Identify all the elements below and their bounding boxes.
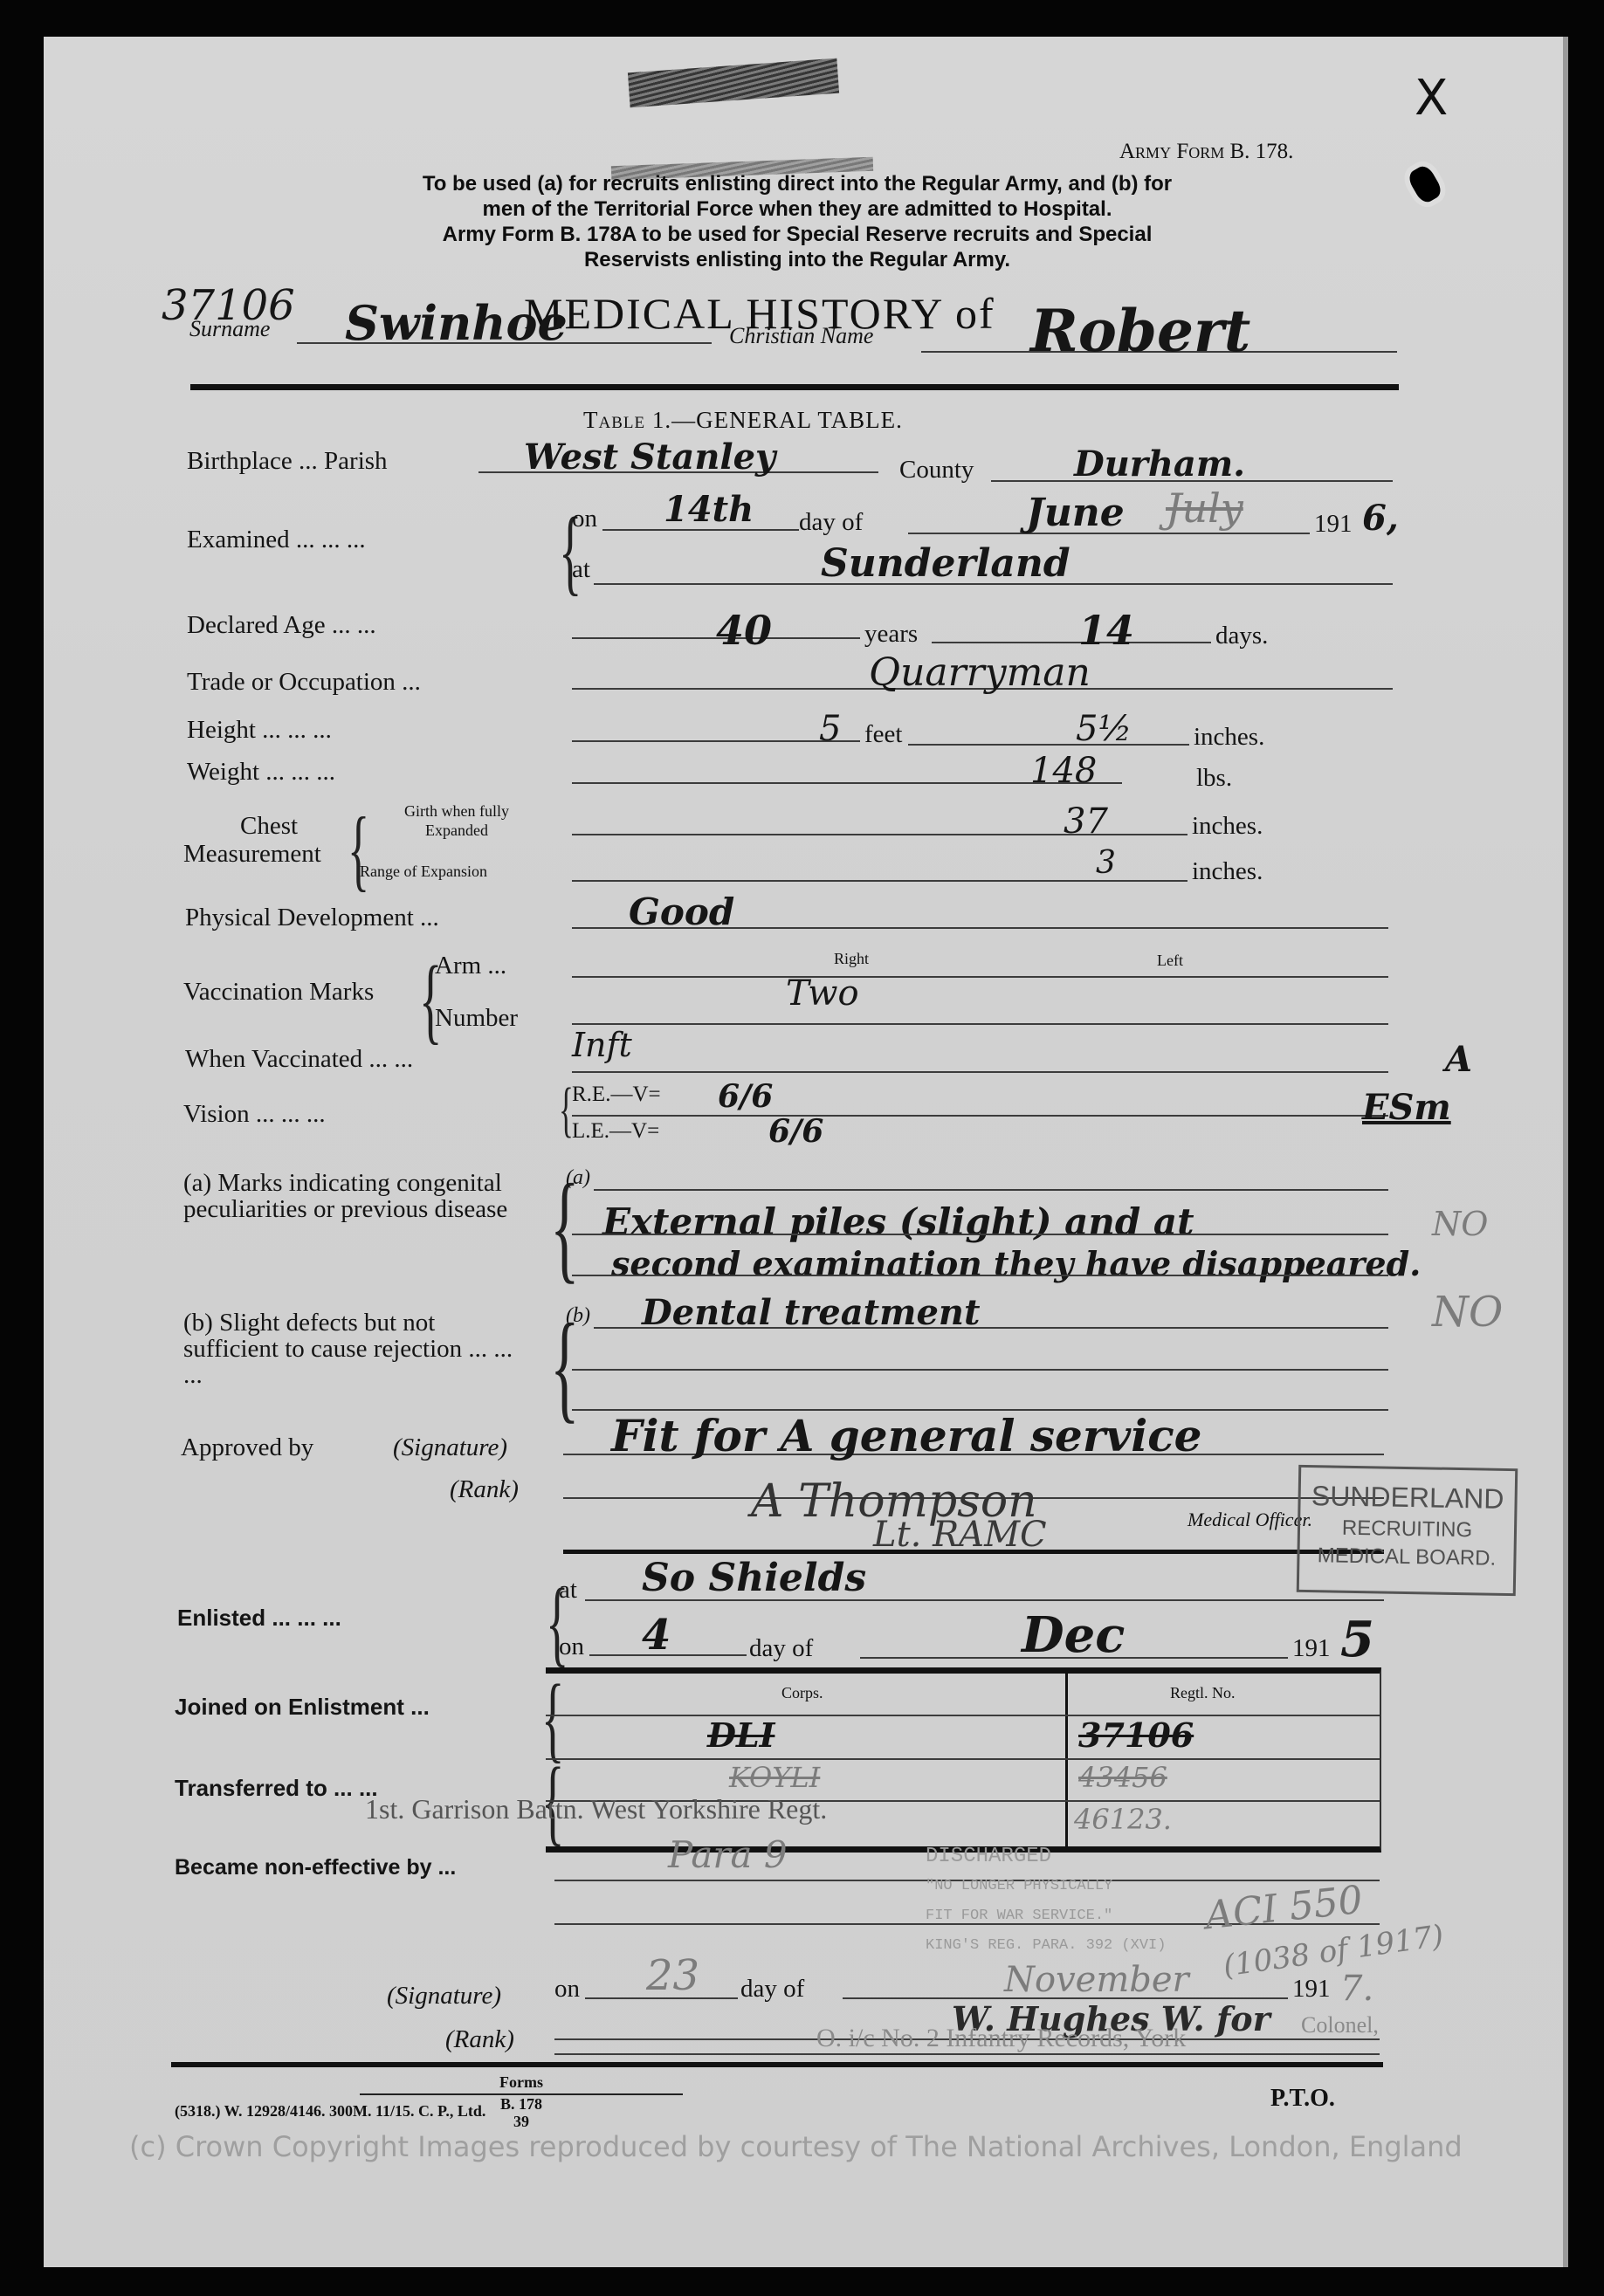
enlisted-day[interactable]: 4 bbox=[642, 1611, 671, 1660]
usage-notice: To be used (a) for recruits enlisting di… bbox=[190, 171, 1404, 272]
stamp-line: DISCHARGED bbox=[926, 1842, 1166, 1872]
stamp-line: SUNDERLAND bbox=[1300, 1480, 1515, 1516]
examined-day[interactable]: 14th bbox=[664, 489, 754, 530]
birthplace-label: Birthplace ... Parish bbox=[187, 447, 388, 476]
day-of-label: day of bbox=[799, 508, 863, 537]
weight-unit: lbs. bbox=[1196, 764, 1232, 793]
medical-officer-label: Medical Officer. bbox=[1188, 1509, 1312, 1531]
when-vaccinated-value[interactable]: Inft bbox=[572, 1026, 632, 1064]
christian-name-value[interactable]: Robert bbox=[1030, 297, 1250, 365]
marks-label: (a) Marks indicating congenital peculiar… bbox=[183, 1170, 533, 1222]
enlisted-place[interactable]: So Shields bbox=[642, 1556, 866, 1600]
copyright-watermark: (c) Crown Copyright Images reproduced by… bbox=[129, 2130, 1463, 2163]
stamp-line: MEDICAL BOARD. bbox=[1299, 1543, 1513, 1571]
le-label: L.E.—V= bbox=[572, 1119, 659, 1144]
weight-value[interactable]: 148 bbox=[1030, 751, 1097, 791]
range-unit: inches. bbox=[1192, 857, 1263, 886]
notice-line: To be used (a) for recruits enlisting di… bbox=[190, 171, 1404, 196]
non-effective-year-prefix: 191 bbox=[1292, 1975, 1331, 2004]
stamp-line: KING'S REG. PARA. 392 (XVI) bbox=[926, 1931, 1166, 1961]
defects-label: (b) Slight defects but not sufficient to… bbox=[183, 1310, 533, 1388]
height-label: Height ... ... ... bbox=[187, 716, 332, 745]
brace: { bbox=[348, 796, 369, 902]
col-corps-header: Corps. bbox=[781, 1684, 823, 1702]
declared-age-label: Declared Age ... ... bbox=[187, 611, 376, 640]
joined-label: Joined on Enlistment ... bbox=[175, 1694, 430, 1721]
col-regtl-header: Regtl. No. bbox=[1170, 1684, 1236, 1702]
enlisted-on-label: on bbox=[559, 1633, 584, 1661]
left-label: Left bbox=[1157, 952, 1183, 970]
range-label: Range of Expansion bbox=[360, 863, 487, 881]
chest-measurement-label: Measurement bbox=[183, 840, 321, 869]
colonel-stamp: Colonel, bbox=[1301, 2012, 1379, 2038]
examined-at-label: at bbox=[572, 555, 590, 584]
occupation-value[interactable]: Quarryman bbox=[869, 650, 1091, 695]
enlisted-month[interactable]: Dec bbox=[1022, 1606, 1125, 1664]
approval-rank-label: (Rank) bbox=[450, 1475, 519, 1504]
examined-month[interactable]: June bbox=[1026, 491, 1125, 535]
vision-annotation: A bbox=[1445, 1039, 1472, 1080]
arm-label: Arm ... bbox=[435, 952, 506, 980]
discharged-stamp: DISCHARGED "NO LONGER PHYSICALLY FIT FOR… bbox=[926, 1842, 1166, 1961]
notice-line: Army Form B. 178A to be used for Special… bbox=[190, 222, 1404, 247]
right-label: Right bbox=[834, 950, 869, 968]
non-effective-day[interactable]: 23 bbox=[646, 1951, 699, 2000]
defects-prefix: (b) bbox=[566, 1304, 590, 1328]
recruiting-board-stamp: SUNDERLAND RECRUITING MEDICAL BOARD. bbox=[1297, 1465, 1518, 1596]
approval-signature-text[interactable]: Fit for A general service bbox=[611, 1410, 1202, 1461]
age-years[interactable]: 40 bbox=[716, 607, 772, 654]
current-regtl-no[interactable]: 46123. bbox=[1074, 1803, 1172, 1836]
vaccination-label: Vaccination Marks bbox=[183, 978, 374, 1007]
marks-prefix: (a) bbox=[566, 1166, 590, 1190]
vaccination-number[interactable]: Two bbox=[786, 973, 859, 1014]
joined-regtl-no[interactable]: 37106 bbox=[1078, 1715, 1194, 1755]
non-effective-day-of-label: day of bbox=[740, 1975, 804, 2004]
approval-signature-label: (Signature) bbox=[393, 1433, 507, 1462]
forms-label: Forms bbox=[360, 2073, 683, 2092]
forms-number: B. 178 bbox=[360, 2093, 683, 2114]
corner-mark: X bbox=[1415, 70, 1448, 127]
county-value[interactable]: Durham. bbox=[1074, 443, 1245, 485]
years-label: years bbox=[864, 620, 918, 649]
stamp-line: FIT FOR WAR SERVICE." bbox=[926, 1901, 1166, 1931]
age-days[interactable]: 14 bbox=[1078, 607, 1134, 654]
transferred-corps[interactable]: KOYLI bbox=[729, 1761, 820, 1794]
non-effective-month[interactable]: November bbox=[1004, 1960, 1189, 2000]
stamp-line: "NO LONGER PHYSICALLY bbox=[926, 1872, 1166, 1901]
non-effective-value[interactable]: Para 9 bbox=[668, 1833, 788, 1876]
girth-value[interactable]: 37 bbox=[1064, 801, 1108, 842]
physical-development-label: Physical Development ... bbox=[185, 904, 439, 932]
chest-label: Chest bbox=[240, 812, 298, 841]
form-number: Army Form B. 178. bbox=[1119, 140, 1293, 164]
footer-divider bbox=[171, 2062, 1383, 2067]
re-label: R.E.—V= bbox=[572, 1083, 661, 1107]
non-effective-signature-label: (Signature) bbox=[387, 1982, 501, 2011]
non-effective-year[interactable]: 7. bbox=[1340, 1969, 1373, 2009]
vision-label: Vision ... ... ... bbox=[183, 1100, 326, 1129]
defects-margin-note: NO bbox=[1432, 1288, 1503, 1337]
surname-label: Surname bbox=[189, 316, 270, 342]
stamp-line: RECRUITING bbox=[1300, 1516, 1514, 1543]
non-effective-label: Became non-effective by ... bbox=[175, 1855, 456, 1880]
girth-unit: inches. bbox=[1192, 812, 1263, 841]
header-divider bbox=[190, 384, 1399, 390]
when-vaccinated-label: When Vaccinated ... ... bbox=[185, 1045, 413, 1074]
joined-corps[interactable]: DLI bbox=[707, 1715, 774, 1755]
surname-value[interactable]: Swinhoe bbox=[345, 295, 568, 351]
examined-year[interactable]: 6, bbox=[1362, 498, 1399, 539]
records-office-stamp: O. i/c No. 2 Infantry Records, York bbox=[816, 2024, 1186, 2053]
examined-on-label: on bbox=[572, 505, 597, 533]
notice-line: men of the Territorial Force when they a… bbox=[190, 196, 1404, 222]
examined-month-struck: July bbox=[1166, 485, 1243, 532]
forms-sub: 39 bbox=[360, 2113, 683, 2131]
examined-label: Examined ... ... ... bbox=[187, 526, 366, 554]
enlisted-year-prefix: 191 bbox=[1292, 1634, 1331, 1663]
examiner-initials: ESm bbox=[1362, 1087, 1451, 1128]
transferred-label: Transferred to ... ... bbox=[175, 1775, 378, 1802]
approved-by-label: Approved by bbox=[181, 1433, 313, 1462]
non-effective-on-label: on bbox=[554, 1975, 580, 2004]
number-label: Number bbox=[435, 1004, 518, 1033]
enlisted-year[interactable]: 5 bbox=[1340, 1611, 1374, 1668]
examined-place[interactable]: Sunderland bbox=[821, 541, 1070, 586]
girth-label: Girth when fully Expanded bbox=[374, 801, 540, 840]
height-inches[interactable]: 5½ bbox=[1076, 709, 1132, 749]
days-label: days. bbox=[1215, 622, 1268, 650]
occupation-label: Trade or Occupation ... bbox=[187, 668, 421, 697]
le-value[interactable]: 6/6 bbox=[768, 1113, 823, 1150]
enlisted-label: Enlisted ... ... ... bbox=[177, 1605, 341, 1632]
current-corps[interactable]: 1st. Garrison Battn. West Yorkshire Regt… bbox=[365, 1793, 827, 1825]
marks-line1[interactable]: External piles (slight) and at bbox=[602, 1200, 1194, 1243]
christian-name-label: Christian Name bbox=[729, 323, 873, 349]
enlisted-at-label: at bbox=[559, 1576, 577, 1605]
enlisted-day-of-label: day of bbox=[749, 1634, 813, 1663]
notice-line: Reservists enlisting into the Regular Ar… bbox=[190, 247, 1404, 272]
non-effective-rank-label: (Rank) bbox=[445, 2025, 514, 2054]
transferred-regtl-no[interactable]: 43456 bbox=[1078, 1761, 1167, 1794]
re-value[interactable]: 6/6 bbox=[718, 1078, 773, 1115]
table-heading: Table 1.—GENERAL TABLE. bbox=[583, 407, 903, 434]
marks-line2[interactable]: second examination they have disappeared… bbox=[611, 1244, 1421, 1283]
weight-label: Weight ... ... ... bbox=[187, 758, 335, 787]
pto-label: P.T.O. bbox=[1270, 2085, 1335, 2113]
county-label: County bbox=[899, 456, 974, 485]
marks-margin-note: NO bbox=[1432, 1205, 1488, 1243]
height-feet[interactable]: 5 bbox=[819, 709, 841, 749]
parish-value[interactable]: West Stanley bbox=[524, 437, 775, 478]
physical-development-value[interactable]: Good bbox=[629, 890, 734, 933]
range-value[interactable]: 3 bbox=[1096, 845, 1116, 881]
year-prefix: 191 bbox=[1314, 510, 1353, 539]
inches-label: inches. bbox=[1194, 723, 1264, 752]
feet-label: feet bbox=[864, 720, 902, 749]
